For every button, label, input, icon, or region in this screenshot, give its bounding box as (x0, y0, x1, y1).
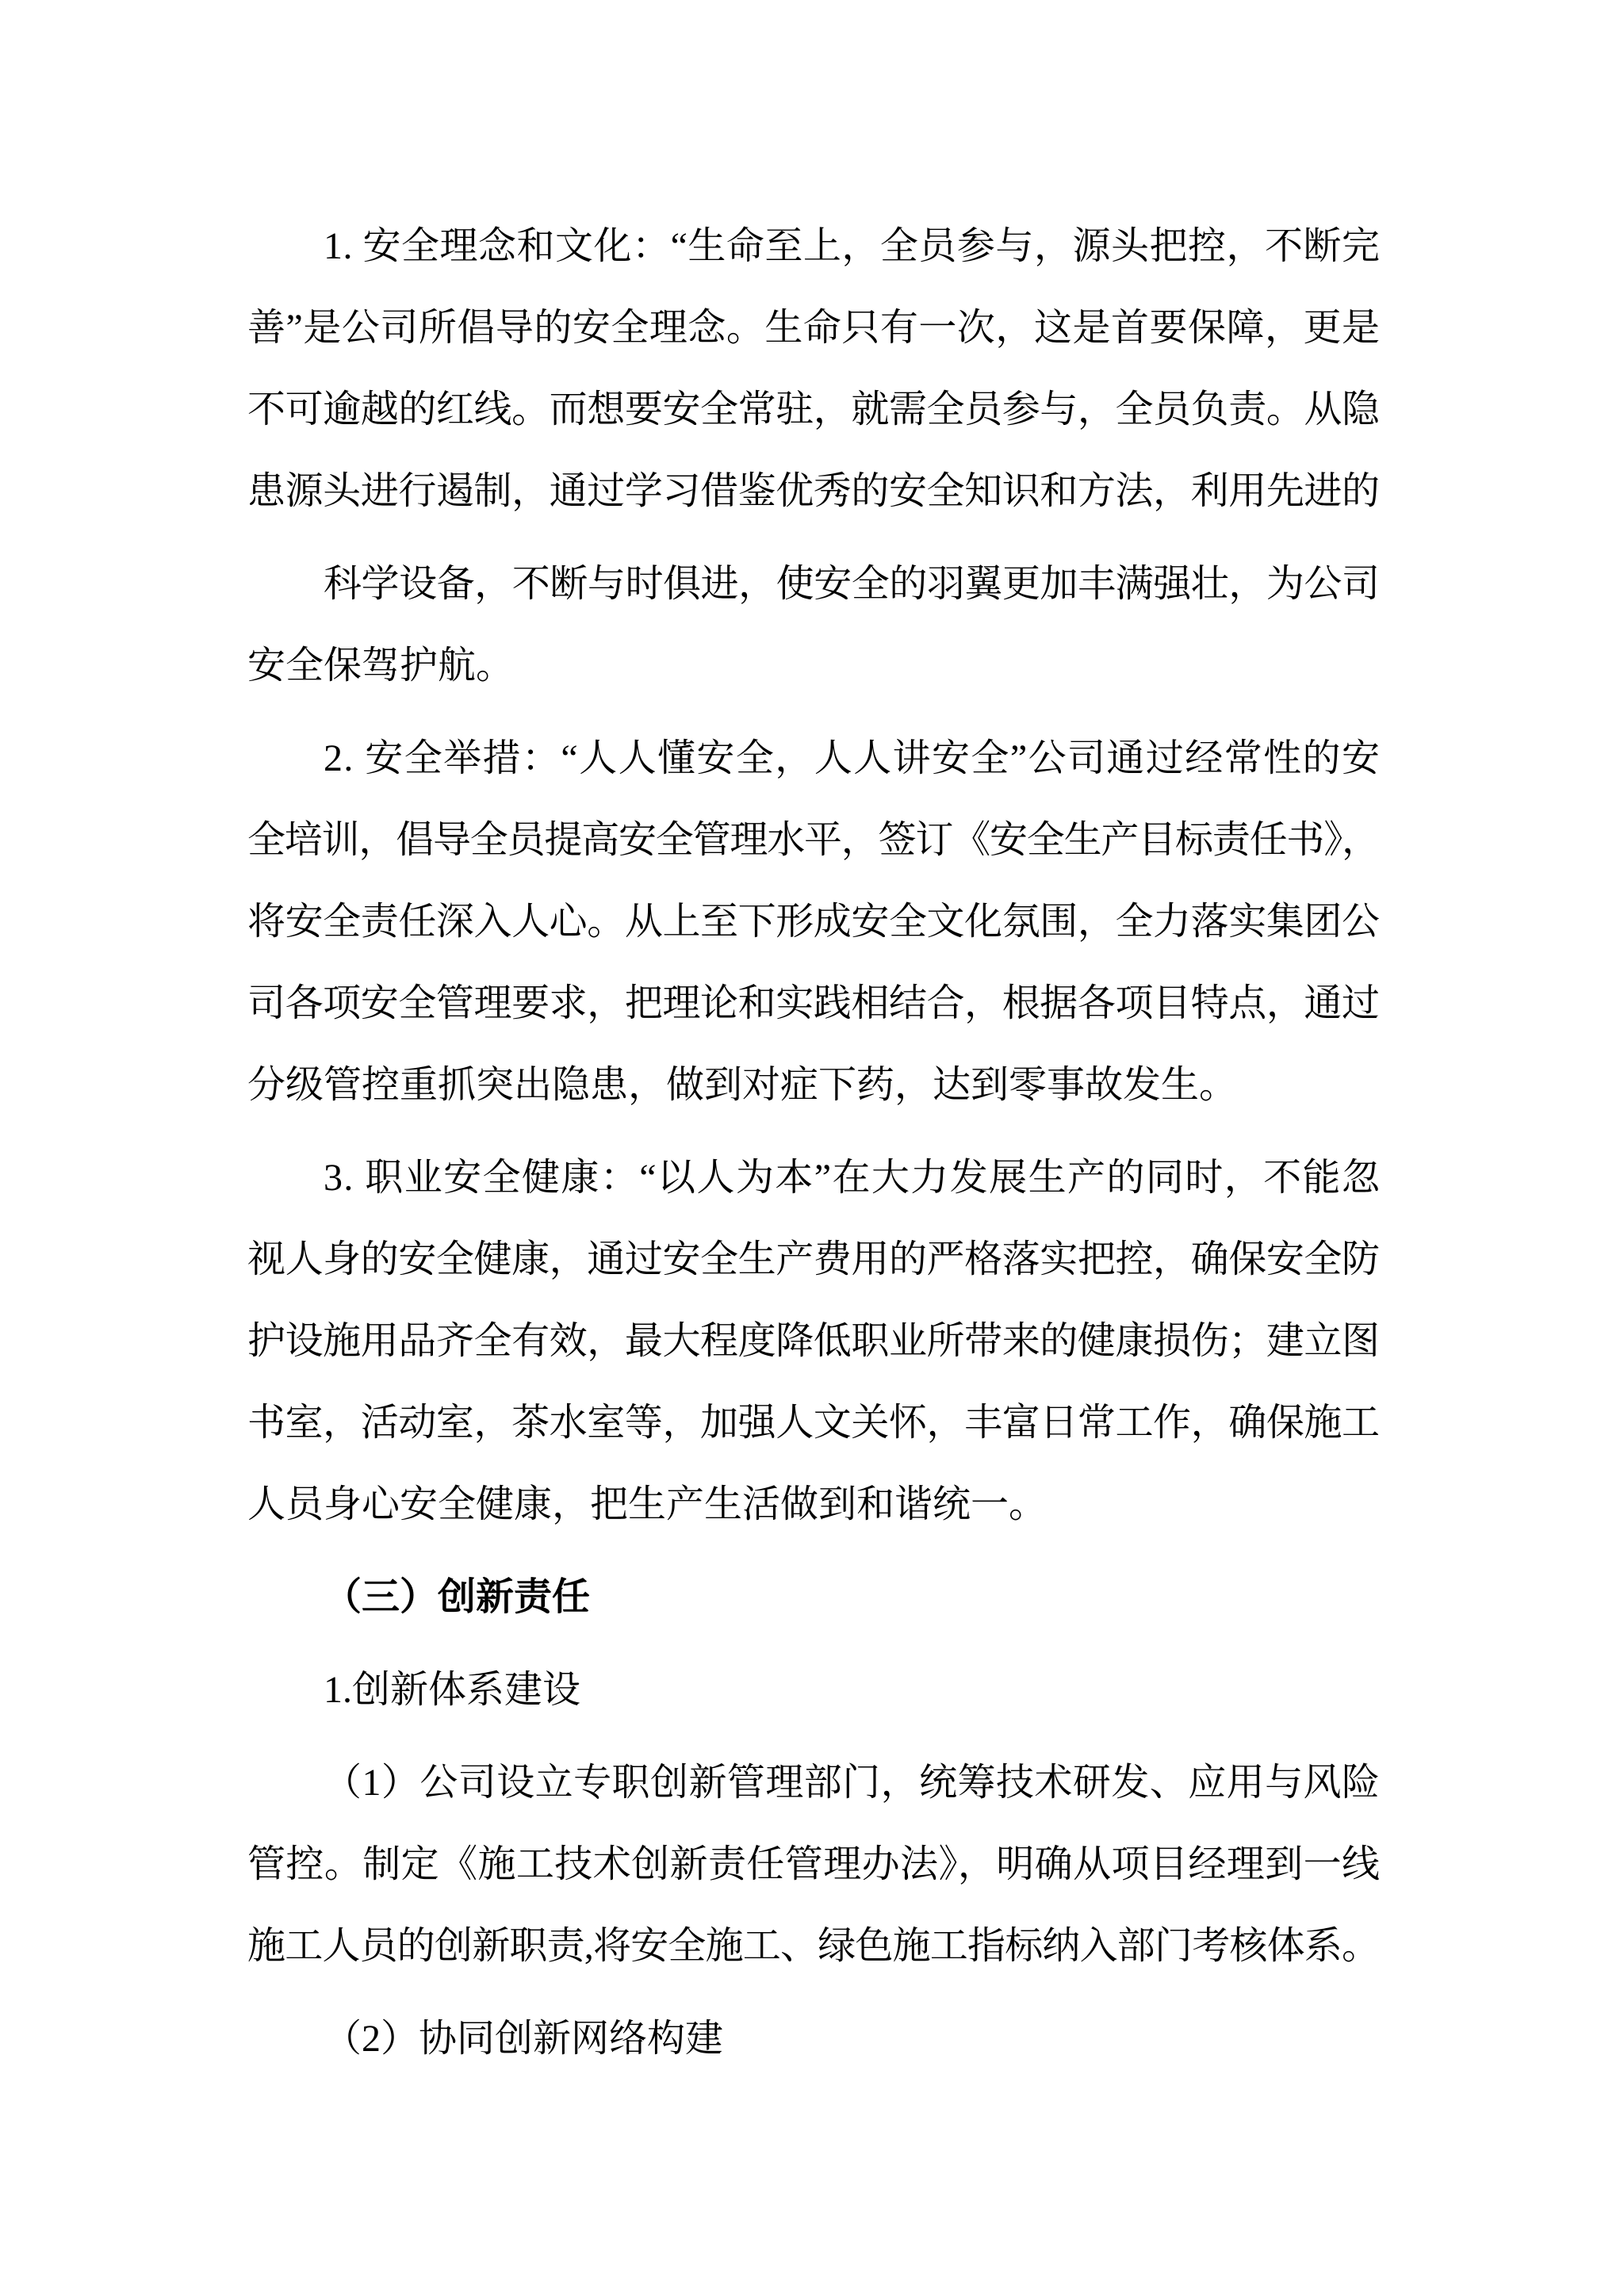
text-line: （2）协同创新网络构建 (247, 1998, 1380, 2080)
line-text: 1.创新体系建设 (324, 1649, 580, 1731)
line-text: 司各项安全管理要求，把理论和实践相结合，根据各项目特点，通过 (247, 962, 1380, 1044)
line-text: （2）协同创新网络构建 (324, 1998, 723, 2080)
text-line: 视人身的安全健康，通过安全生产费用的严格落实把控，确保安全防 (247, 1219, 1380, 1300)
text-body: 1. 安全理念和文化：“生命至上，全员参与，源头把控，不断完善”是公司所倡导的安… (247, 194, 1380, 2080)
line-text: 分级管控重抓突出隐患，做到对症下药，达到零事故发生。 (247, 1044, 1237, 1126)
text-line: （1）公司设立专职创新管理部门，统筹技术研发、应用与风险 (247, 1742, 1380, 1823)
text-line: 司各项安全管理要求，把理论和实践相结合，根据各项目特点，通过 (247, 962, 1380, 1044)
text-line: 善”是公司所倡导的安全理念。生命只有一次，这是首要保障，更是 (247, 287, 1380, 369)
text-line: 将安全责任深入人心。从上至下形成安全文化氛围，全力落实集团公 (247, 881, 1380, 962)
text-line: 不可逾越的红线。而想要安全常驻，就需全员参与，全员负责。从隐 (247, 369, 1380, 450)
line-text: 管控。制定《施工技术创新责任管理办法》，明确从项目经理到一线 (247, 1823, 1380, 1905)
line-text: 患源头进行遏制，通过学习借鉴优秀的安全知识和方法，利用先进的 (247, 450, 1380, 532)
line-text: 施工人员的创新职责,将安全施工、绿色施工指标纳入部门考核体系。 (247, 1905, 1379, 1987)
text-line: 科学设备，不断与时俱进，使安全的羽翼更加丰满强壮，为公司 (247, 543, 1380, 625)
line-text: 善”是公司所倡导的安全理念。生命只有一次，这是首要保障，更是 (247, 287, 1381, 369)
text-line: 1.创新体系建设 (247, 1649, 1380, 1731)
text-line: 2. 安全举措：“人人懂安全，人人讲安全”公司通过经常性的安 (247, 717, 1380, 799)
line-text: 安全保驾护航。 (247, 625, 514, 706)
line-text: 不可逾越的红线。而想要安全常驻，就需全员参与，全员负责。从隐 (247, 369, 1380, 450)
text-line: 施工人员的创新职责,将安全施工、绿色施工指标纳入部门考核体系。 (247, 1905, 1380, 1987)
text-line: 管控。制定《施工技术创新责任管理办法》，明确从项目经理到一线 (247, 1823, 1380, 1905)
text-line: 1. 安全理念和文化：“生命至上，全员参与，源头把控，不断完 (247, 205, 1380, 287)
line-text: （1）公司设立专职创新管理部门，统筹技术研发、应用与风险 (324, 1742, 1380, 1823)
document-page: 1. 安全理念和文化：“生命至上，全员参与，源头把控，不断完善”是公司所倡导的安… (0, 0, 1624, 2296)
line-text: 书室，活动室，茶水室等，加强人文关怀，丰富日常工作，确保施工 (247, 1382, 1380, 1464)
text-line: 护设施用品齐全有效，最大程度降低职业所带来的健康损伤；建立图 (247, 1300, 1380, 1382)
line-text: （三）创新责任 (324, 1556, 590, 1638)
line-text: 3. 职业安全健康：“以人为本”在大力发展生产的同时，不能忽 (324, 1137, 1381, 1219)
line-text: 护设施用品齐全有效，最大程度降低职业所带来的健康损伤；建立图 (247, 1300, 1380, 1382)
text-line: 全培训，倡导全员提高安全管理水平，签订《安全生产目标责任书》， (247, 799, 1380, 881)
line-text: 将安全责任深入人心。从上至下形成安全文化氛围，全力落实集团公 (247, 881, 1380, 962)
line-text: 科学设备，不断与时俱进，使安全的羽翼更加丰满强壮，为公司 (324, 543, 1380, 625)
text-line: 患源头进行遏制，通过学习借鉴优秀的安全知识和方法，利用先进的 (247, 450, 1380, 532)
line-text: 人员身心安全健康，把生产生活做到和谐统一。 (247, 1464, 1047, 1545)
text-line: 安全保驾护航。 (247, 625, 1380, 706)
text-line: 3. 职业安全健康：“以人为本”在大力发展生产的同时，不能忽 (247, 1137, 1380, 1219)
line-text: 1. 安全理念和文化：“生命至上，全员参与，源头把控，不断完 (324, 205, 1381, 287)
text-line: 书室，活动室，茶水室等，加强人文关怀，丰富日常工作，确保施工 (247, 1382, 1380, 1464)
section-heading: （三）创新责任 (247, 1556, 1380, 1638)
line-text: 视人身的安全健康，通过安全生产费用的严格落实把控，确保安全防 (247, 1219, 1380, 1300)
text-line: 分级管控重抓突出隐患，做到对症下药，达到零事故发生。 (247, 1044, 1380, 1126)
line-text: 全培训，倡导全员提高安全管理水平，签订《安全生产目标责任书》， (247, 799, 1379, 881)
text-line: 人员身心安全健康，把生产生活做到和谐统一。 (247, 1464, 1380, 1545)
line-text: 2. 安全举措：“人人懂安全，人人讲安全”公司通过经常性的安 (324, 717, 1381, 799)
